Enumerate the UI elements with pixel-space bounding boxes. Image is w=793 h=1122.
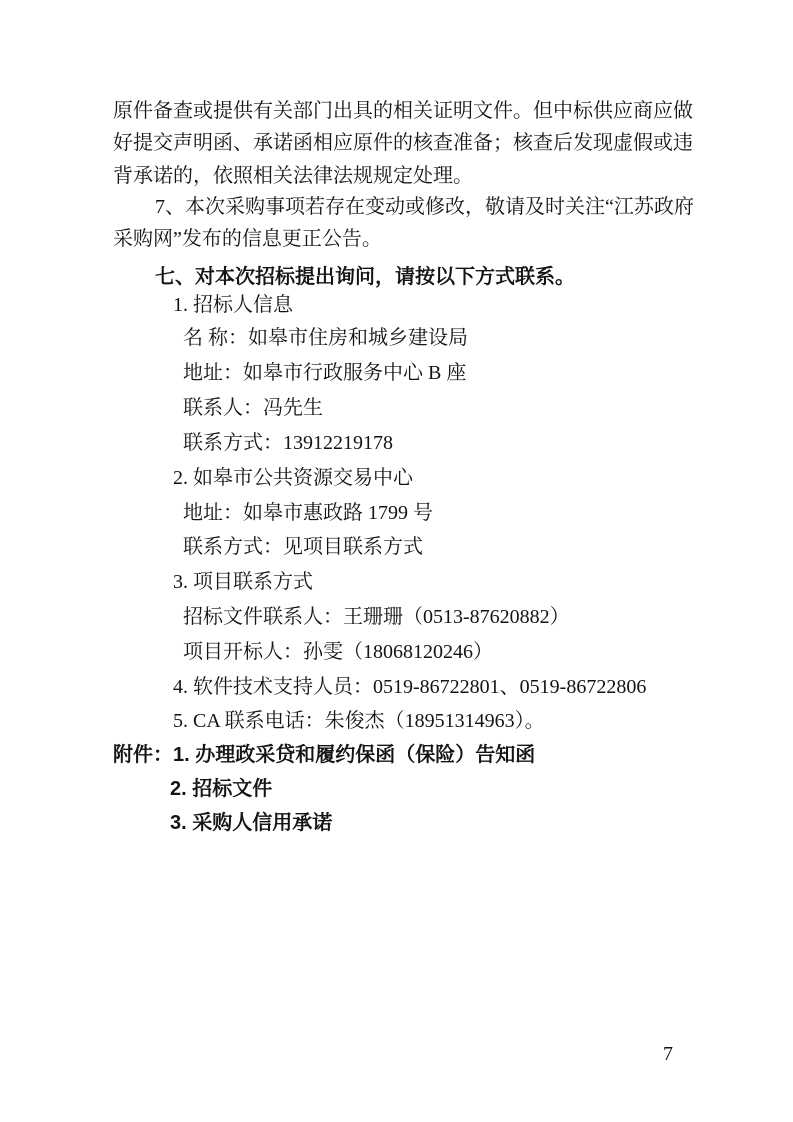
contact-item-1-phone: 联系方式：13912219178: [183, 426, 393, 460]
attachment-item-1: 1. 办理政采贷和履约保函（保险）告知函: [173, 744, 535, 766]
contact-item-3-doc-contact: 招标文件联系人：王珊珊（0513-87620882）: [183, 600, 570, 634]
contact-item-3-title: 3. 项目联系方式: [173, 565, 313, 599]
contact-item-4-support: 4. 软件技术支持人员：0519-86722801、0519-86722806: [173, 670, 646, 704]
contact-item-2-address: 地址：如皋市惠政路 1799 号: [183, 496, 433, 530]
contact-item-2-phone: 联系方式：见项目联系方式: [183, 530, 423, 564]
page-number: 7: [663, 1037, 673, 1071]
contact-item-5-ca: 5. CA 联系电话：朱俊杰（18951314963）。: [173, 704, 545, 738]
attachments-row: 附件：1. 办理政采贷和履约保函（保险）告知函: [113, 738, 535, 772]
contact-item-3-bid-opener: 项目开标人：孙雯（18068120246）: [183, 635, 493, 669]
contact-item-1-person: 联系人：冯先生: [183, 391, 323, 425]
contact-item-2-title: 2. 如皋市公共资源交易中心: [173, 461, 413, 495]
document-page: 原件备查或提供有关部门出具的相关证明文件。但中标供应商应做 好提交声明函、承诺函…: [0, 0, 793, 1122]
body-text-line: 背承诺的，依照相关法律法规规定处理。: [113, 159, 473, 193]
body-text-line: 原件备查或提供有关部门出具的相关证明文件。但中标供应商应做: [113, 94, 693, 128]
contact-item-1-address: 地址：如皋市行政服务中心 B 座: [183, 356, 466, 390]
notice-item-7-line: 7、本次采购事项若存在变动或修改，敬请及时关注“江苏政府: [155, 190, 694, 224]
body-text-line: 好提交声明函、承诺函相应原件的核查准备；核查后发现虚假或违: [113, 126, 693, 160]
attachment-item-2: 2. 招标文件: [170, 772, 272, 806]
attachment-item-3: 3. 采购人信用承诺: [170, 806, 332, 840]
contact-item-1-name: 名 称：如皋市住房和城乡建设局: [183, 321, 468, 355]
attachments-label: 附件：: [113, 744, 173, 766]
notice-item-7-line: 采购网”发布的信息更正公告。: [113, 222, 382, 256]
contact-item-1-title: 1. 招标人信息: [173, 288, 293, 322]
